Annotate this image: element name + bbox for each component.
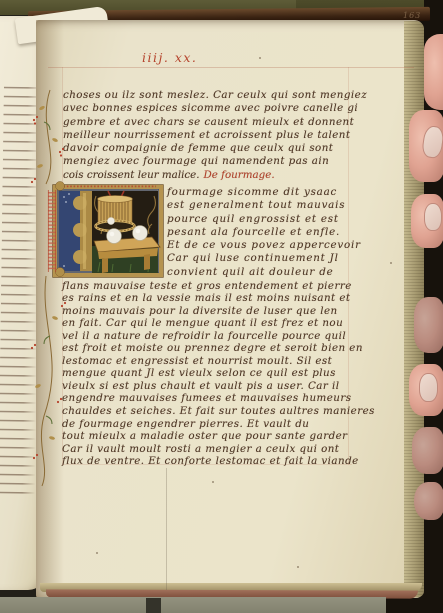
ruling-line-top <box>48 67 414 68</box>
text-line: mengue quant Jl est vieulx selon ce quil… <box>62 367 375 380</box>
finger <box>414 297 443 353</box>
parchment-speck <box>297 566 299 568</box>
text-line-with-rubric: cois croissent leur malice.De fourmage. <box>63 169 275 182</box>
fingernail <box>424 203 442 231</box>
margin-flourish <box>20 86 72 488</box>
text-line: gembre et avec chars se causent mieulx e… <box>63 116 367 129</box>
text-block-lower: flans mauvaise teste et gros entendement… <box>62 280 375 468</box>
cheese-mold <box>96 196 135 232</box>
page-heading: iiij. xx. <box>142 50 197 65</box>
fingernail <box>419 373 438 402</box>
text-line: davoir compaignie de femme que ceulx qui… <box>63 142 367 155</box>
text-line: pesant ala fourcelle et enfle. <box>167 226 361 239</box>
text-line: Et de ce vous povez appercevoir <box>167 239 361 252</box>
finger <box>409 364 443 416</box>
parchment-speck <box>212 481 214 483</box>
table-gap-shadow <box>146 598 161 613</box>
text-line: est froit et moiste ou prennez degre et … <box>62 342 375 355</box>
text-line: en fait. Car qui le mengue quant il est … <box>62 317 375 330</box>
finger <box>424 34 443 110</box>
text-line: vel il a nature de refroidir la fourcell… <box>62 330 375 343</box>
text-block-upper: choses ou ilz sont meslez. Car ceulx qui… <box>63 89 367 169</box>
initial-letter-gold-shape <box>73 191 92 271</box>
text-line: meilleur nourrissement et acroissent plu… <box>63 129 367 142</box>
text-line: pource quil engrossist et est <box>167 213 361 226</box>
text-line: Car il vault moult rosti a mengier a ceu… <box>62 443 375 456</box>
parchment-speck <box>390 262 392 264</box>
text-block-beside-initial: fourmage sicomme dit ysaacest generalmen… <box>167 186 361 279</box>
text-line: lestomac et engressist et nourrist moult… <box>62 355 375 368</box>
red-dots <box>31 116 66 459</box>
gold-leaves <box>35 105 59 440</box>
cheese-cloth <box>107 217 114 224</box>
text-line: convient quil ait douleur de <box>167 266 361 279</box>
text-line: choses ou ilz sont meslez. Car ceulx qui… <box>63 89 367 102</box>
gold-corner-blobs <box>56 182 65 277</box>
finger <box>414 482 443 520</box>
text-line: de fourmage engendrer pierres. Et vault … <box>62 418 375 431</box>
text-line: est generalment tout mauvais <box>167 199 361 212</box>
text-line: cois croissent leur malice. <box>63 169 200 181</box>
text-line: fourmage sicomme dit ysaac <box>167 186 361 199</box>
text-line: mengiez avec fourmage qui namendent pas … <box>63 155 367 168</box>
text-line: chauldes et seiches. Et fait sur toutes … <box>62 405 375 418</box>
rubric-chapter-title: De fourmage. <box>204 169 275 181</box>
thumb <box>409 110 443 182</box>
manuscript-photo: 163 iiij. xx. choses ou ilz sont meslez.… <box>0 0 443 613</box>
red-ladder-penwork <box>48 190 55 272</box>
text-line: Car qui luse continuement Jl <box>167 252 361 265</box>
folio-number: 163 <box>403 11 421 20</box>
flourish-stem <box>41 90 52 486</box>
text-line: es rains et en la vessie mais il est moi… <box>62 292 375 305</box>
parchment-speck <box>96 552 98 554</box>
text-line: flux de ventre. Et conforte lestomac et … <box>62 455 375 468</box>
finger <box>411 194 443 248</box>
thumbnail <box>421 125 443 159</box>
text-line: vieulx si est plus chault et vault pis a… <box>62 380 375 393</box>
text-line: engendre mauvaises fumees et mauvaises h… <box>62 392 375 405</box>
table-surface-bottom <box>0 597 386 613</box>
margin-flourish-drawing <box>20 86 72 488</box>
text-line: avec bonnes espices sicomme avec poivre … <box>63 102 367 115</box>
text-line: tout mieulx a maladie oster que pour san… <box>62 430 375 443</box>
finger <box>412 427 443 474</box>
text-line: flans mauvaise teste et gros entendement… <box>62 280 375 293</box>
parchment-crease <box>166 468 167 590</box>
parchment-speck <box>259 57 261 59</box>
text-line: moins mauvais pour la diversite de luser… <box>62 305 375 318</box>
